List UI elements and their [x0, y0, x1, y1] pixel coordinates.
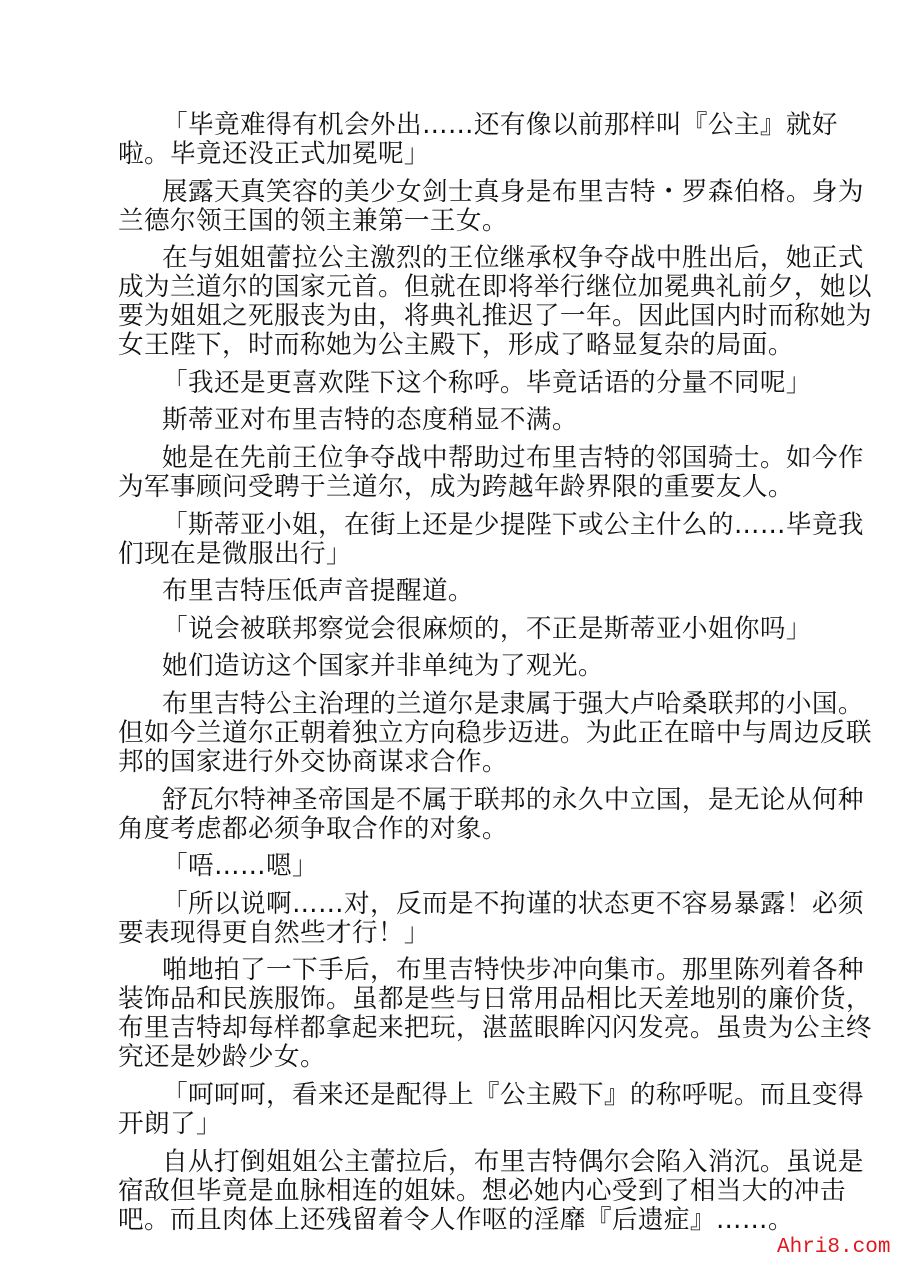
paragraph-dialogue: 「毕竟难得有机会外出……还有像以前那样叫『公主』就好 啦。毕竟还没正式加冕呢」 — [118, 111, 790, 169]
paragraph-dialogue: 「斯蒂亚小姐，在街上还是少提陛下或公主什么的……毕竟我 们现在是微服出行」 — [118, 511, 790, 569]
text-line: 们现在是微服出行」 — [118, 540, 790, 569]
text-line: 她是在先前王位争夺战中帮助过布里吉特的邻国骑士。如今作 — [118, 444, 790, 473]
text-line: 「毕竟难得有机会外出……还有像以前那样叫『公主』就好 — [118, 111, 790, 140]
text-line: 为军事顾问受聘于兰道尔，成为跨越年龄界限的重要友人。 — [118, 473, 790, 502]
text-line: 自从打倒姐姐公主蕾拉后，布里吉特偶尔会陷入消沉。虽说是 — [118, 1148, 790, 1177]
paragraph-narration: 她们造访这个国家并非单纯为了观光。 — [118, 652, 790, 681]
text-line: 开朗了」 — [118, 1110, 790, 1139]
text-line: 斯蒂亚对布里吉特的态度稍显不满。 — [118, 406, 790, 435]
text-line: 要表现得更自然些才行！」 — [118, 919, 790, 948]
paragraph-narration: 展露天真笑容的美少女剑士真身是布里吉特・罗森伯格。身为 兰德尔领王国的领主兼第一… — [118, 178, 790, 236]
paragraph-dialogue: 「所以说啊……对，反而是不拘谨的状态更不容易暴露！必须 要表现得更自然些才行！」 — [118, 890, 790, 948]
text-line: 在与姐姐蕾拉公主激烈的王位继承权争夺战中胜出后，她正式 — [118, 244, 790, 273]
document-page: 「毕竟难得有机会外出……还有像以前那样叫『公主』就好 啦。毕竟还没正式加冕呢」 … — [118, 111, 790, 1243]
text-line: 她们造访这个国家并非单纯为了观光。 — [118, 652, 790, 681]
paragraph-narration: 布里吉特公主治理的兰道尔是隶属于强大卢哈桑联邦的小国。 但如今兰道尔正朝着独立方… — [118, 690, 790, 777]
text-line: 女王陛下，时而称她为公主殿下，形成了略显复杂的局面。 — [118, 331, 790, 360]
paragraph-narration: 在与姐姐蕾拉公主激烈的王位继承权争夺战中胜出后，她正式 成为兰道尔的国家元首。但… — [118, 244, 790, 360]
paragraph-dialogue: 「我还是更喜欢陛下这个称呼。毕竟话语的分量不同呢」 — [118, 369, 790, 398]
text-line: 「说会被联邦察觉会很麻烦的，不正是斯蒂亚小姐你吗」 — [118, 615, 790, 644]
text-line: 展露天真笑容的美少女剑士真身是布里吉特・罗森伯格。身为 — [118, 178, 790, 207]
watermark-text: Ahri8.com — [777, 1236, 890, 1259]
text-line: 「呵呵呵，看来还是配得上『公主殿下』的称呼呢。而且变得 — [118, 1081, 790, 1110]
text-line: 「唔……嗯」 — [118, 852, 790, 881]
paragraph-dialogue: 「唔……嗯」 — [118, 852, 790, 881]
text-line: 宿敌但毕竟是血脉相连的姐妹。想必她内心受到了相当大的冲击 — [118, 1177, 790, 1206]
text-line: 究还是妙龄少女。 — [118, 1043, 790, 1072]
text-line: 「我还是更喜欢陛下这个称呼。毕竟话语的分量不同呢」 — [118, 369, 790, 398]
text-line: 邦的国家进行外交协商谋求合作。 — [118, 748, 790, 777]
paragraph-narration: 布里吉特压低声音提醒道。 — [118, 577, 790, 606]
text-line: 布里吉特却每样都拿起来把玩，湛蓝眼眸闪闪发亮。虽贵为公主终 — [118, 1014, 790, 1043]
paragraph-narration: 啪地拍了一下手后，布里吉特快步冲向集市。那里陈列着各种 装饰品和民族服饰。虽都是… — [118, 956, 790, 1072]
text-line: 布里吉特公主治理的兰道尔是隶属于强大卢哈桑联邦的小国。 — [118, 690, 790, 719]
paragraph-narration: 舒瓦尔特神圣帝国是不属于联邦的永久中立国，是无论从何种 角度考虑都必须争取合作的… — [118, 786, 790, 844]
text-line: 啪地拍了一下手后，布里吉特快步冲向集市。那里陈列着各种 — [118, 956, 790, 985]
paragraph-dialogue: 「呵呵呵，看来还是配得上『公主殿下』的称呼呢。而且变得 开朗了」 — [118, 1081, 790, 1139]
text-line: 但如今兰道尔正朝着独立方向稳步迈进。为此正在暗中与周边反联 — [118, 719, 790, 748]
text-line: 布里吉特压低声音提醒道。 — [118, 577, 790, 606]
text-line: 装饰品和民族服饰。虽都是些与日常用品相比天差地别的廉价货， — [118, 985, 790, 1014]
text-line: 啦。毕竟还没正式加冕呢」 — [118, 140, 790, 169]
text-line: 吧。而且肉体上还残留着令人作呕的淫靡『后遗症』……。 — [118, 1206, 790, 1235]
text-line: 成为兰道尔的国家元首。但就在即将举行继位加冕典礼前夕，她以 — [118, 273, 790, 302]
text-line: 角度考虑都必须争取合作的对象。 — [118, 815, 790, 844]
paragraph-narration: 她是在先前王位争夺战中帮助过布里吉特的邻国骑士。如今作 为军事顾问受聘于兰道尔，… — [118, 444, 790, 502]
text-line: 舒瓦尔特神圣帝国是不属于联邦的永久中立国，是无论从何种 — [118, 786, 790, 815]
text-line: 要为姐姐之死服丧为由，将典礼推迟了一年。因此国内时而称她为 — [118, 302, 790, 331]
text-line: 「所以说啊……对，反而是不拘谨的状态更不容易暴露！必须 — [118, 890, 790, 919]
text-line: 兰德尔领王国的领主兼第一王女。 — [118, 207, 790, 236]
paragraph-narration: 自从打倒姐姐公主蕾拉后，布里吉特偶尔会陷入消沉。虽说是 宿敌但毕竟是血脉相连的姐… — [118, 1148, 790, 1235]
paragraph-narration: 斯蒂亚对布里吉特的态度稍显不满。 — [118, 406, 790, 435]
text-line: 「斯蒂亚小姐，在街上还是少提陛下或公主什么的……毕竟我 — [118, 511, 790, 540]
paragraph-dialogue: 「说会被联邦察觉会很麻烦的，不正是斯蒂亚小姐你吗」 — [118, 615, 790, 644]
